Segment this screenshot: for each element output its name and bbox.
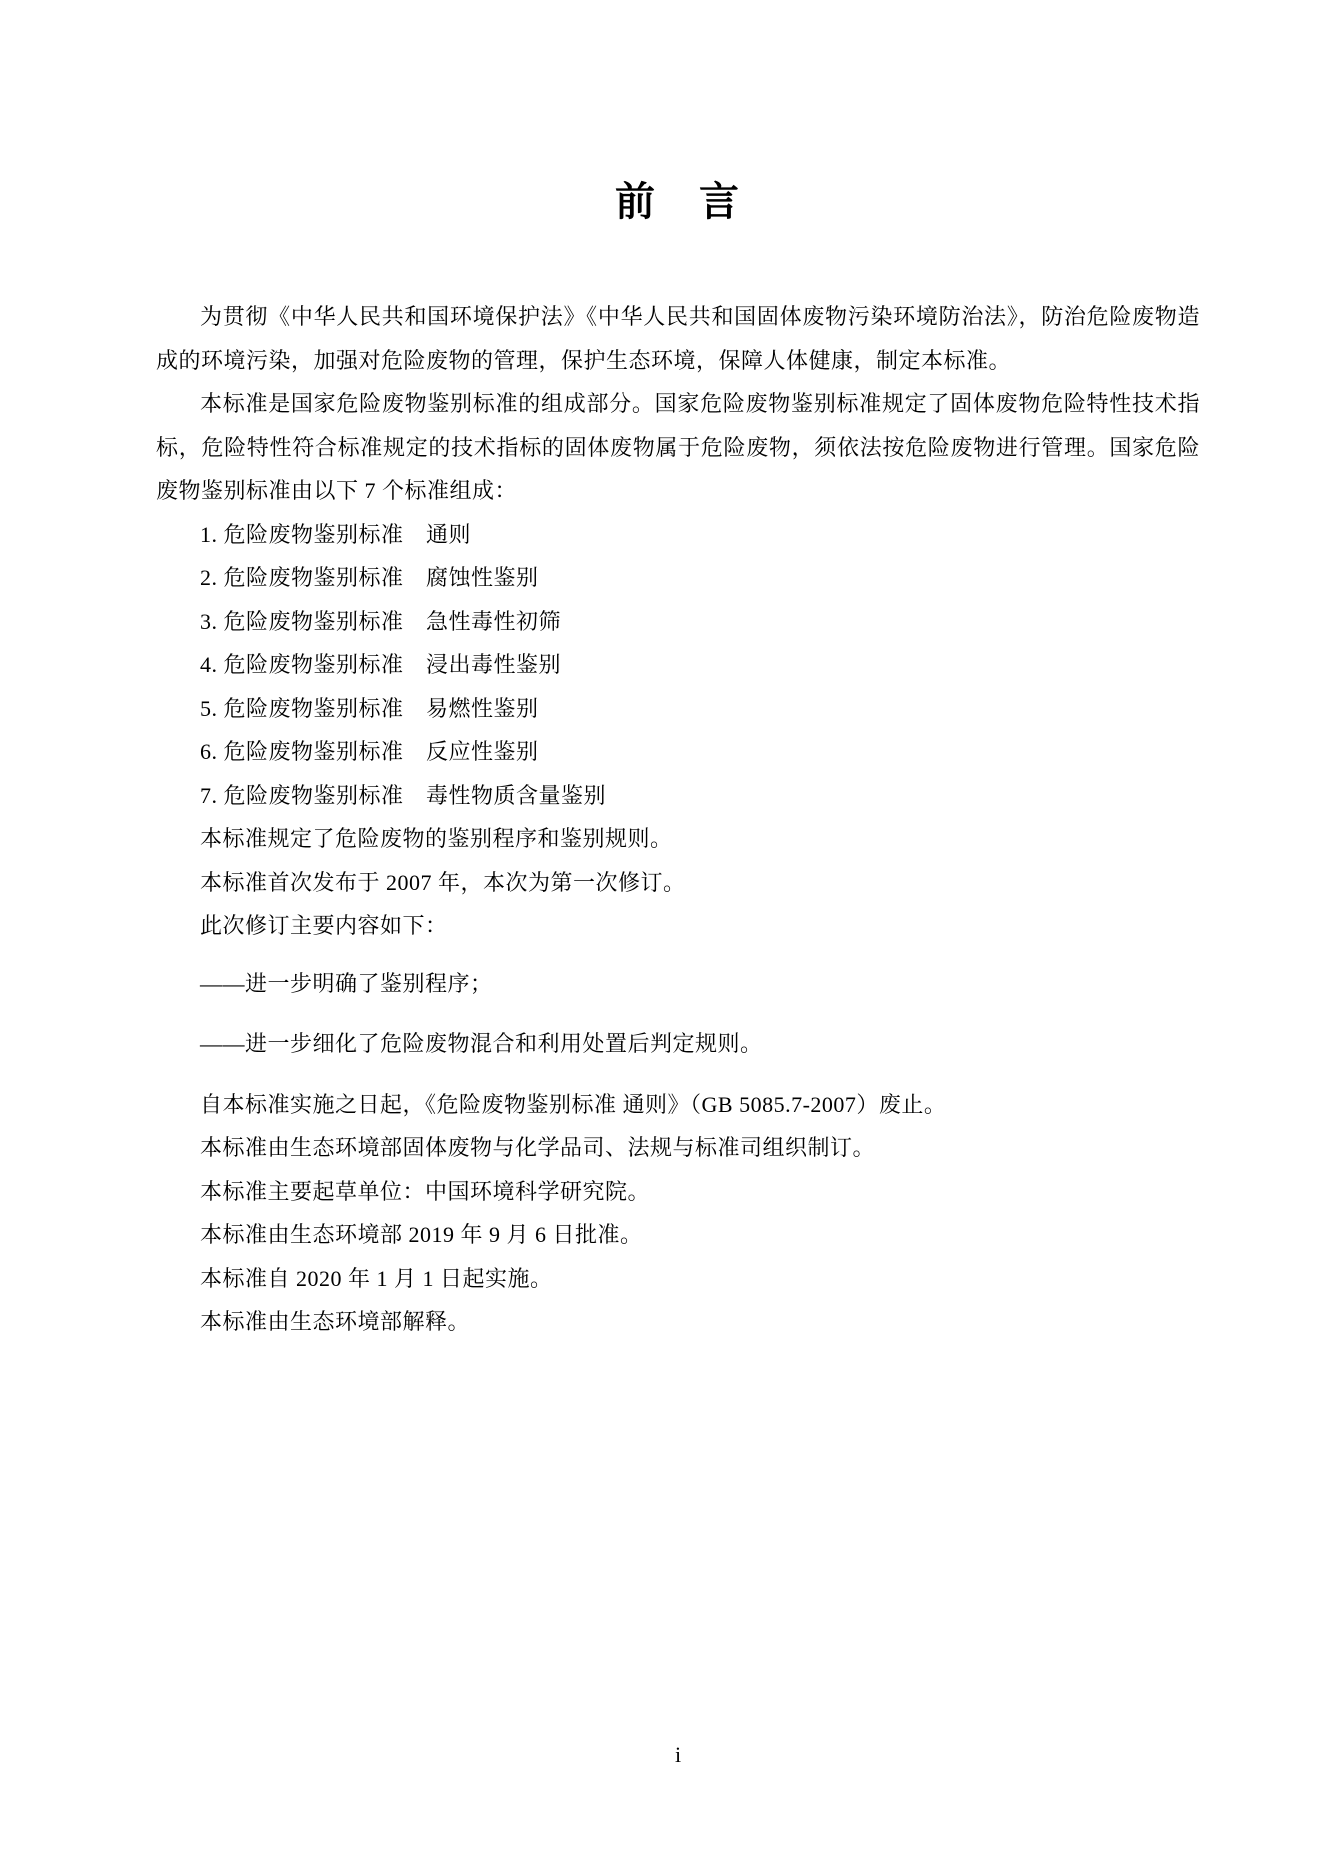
standards-list-item: 2. 危险废物鉴别标准 腐蚀性鉴别	[156, 556, 1200, 600]
standards-list-item: 7. 危险废物鉴别标准 毒性物质含量鉴别	[156, 774, 1200, 818]
closing-paragraph: 本标准主要起草单位：中国环境科学研究院。	[156, 1170, 1200, 1214]
closing-paragraph: 本标准由生态环境部解释。	[156, 1300, 1200, 1344]
closing-paragraph: 本标准自 2020 年 1 月 1 日起实施。	[156, 1257, 1200, 1301]
standards-list-item: 5. 危险废物鉴别标准 易燃性鉴别	[156, 687, 1200, 731]
closing-paragraph: 自本标准实施之日起，《危险废物鉴别标准 通则》（GB 5085.7-2007）废…	[156, 1083, 1200, 1127]
revision-item: ——进一步明确了鉴别程序；	[156, 962, 1200, 1006]
standards-list-item: 6. 危险废物鉴别标准 反应性鉴别	[156, 730, 1200, 774]
page-number: i	[156, 1742, 1200, 1768]
revision-item: ——进一步细化了危险废物混合和利用处置后判定规则。	[156, 1022, 1200, 1066]
intro-paragraph: 本标准是国家危险废物鉴别标准的组成部分。国家危险废物鉴别标准规定了固体废物危险特…	[156, 382, 1200, 513]
document-body: 为贯彻《中华人民共和国环境保护法》《中华人民共和国固体废物污染环境防治法》，防治…	[156, 295, 1200, 1344]
closing-paragraph: 本标准由生态环境部 2019 年 9 月 6 日批准。	[156, 1213, 1200, 1257]
standards-list-item: 4. 危险废物鉴别标准 浸出毒性鉴别	[156, 643, 1200, 687]
document-title: 前 言	[156, 178, 1200, 226]
closing-paragraph: 本标准由生态环境部固体废物与化学品司、法规与标准司组织制订。	[156, 1126, 1200, 1170]
standards-list-item: 1. 危险废物鉴别标准 通则	[156, 513, 1200, 557]
body-paragraph: 此次修订主要内容如下：	[156, 904, 1200, 948]
body-paragraph: 本标准规定了危险废物的鉴别程序和鉴别规则。	[156, 817, 1200, 861]
intro-paragraph: 为贯彻《中华人民共和国环境保护法》《中华人民共和国固体废物污染环境防治法》，防治…	[156, 295, 1200, 382]
document-page: 前 言 为贯彻《中华人民共和国环境保护法》《中华人民共和国固体废物污染环境防治法…	[0, 0, 1323, 1871]
standards-list-item: 3. 危险废物鉴别标准 急性毒性初筛	[156, 600, 1200, 644]
body-paragraph: 本标准首次发布于 2007 年，本次为第一次修订。	[156, 861, 1200, 905]
